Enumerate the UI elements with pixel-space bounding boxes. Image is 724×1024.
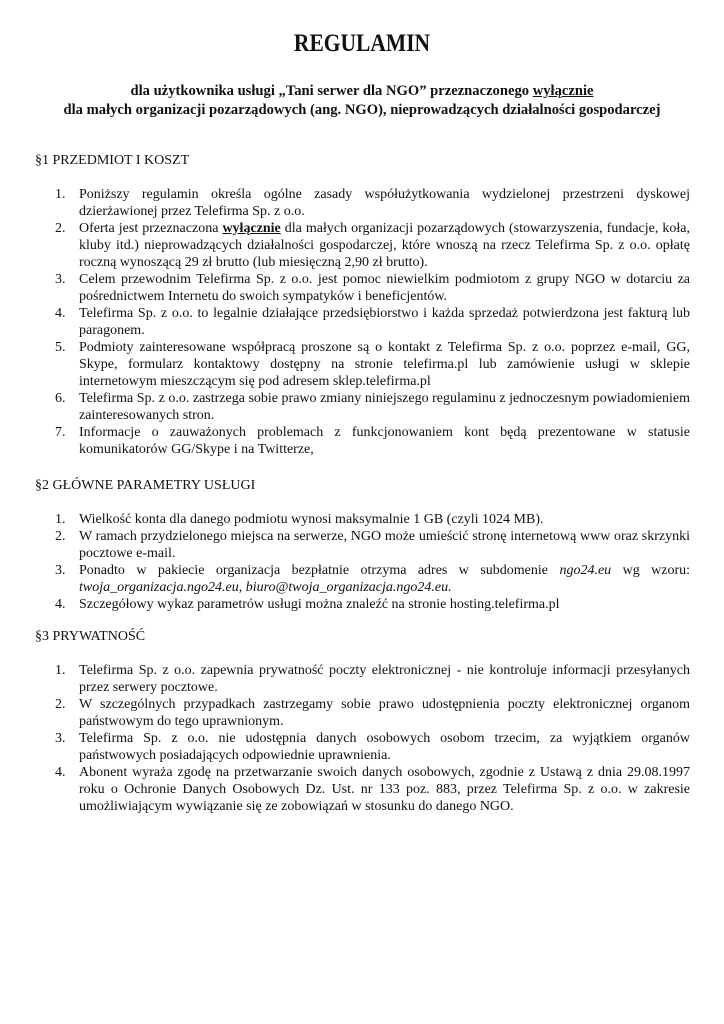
list-item: 1.Wielkość konta dla danego podmiotu wyn…	[55, 511, 690, 528]
item-text: Telefirma Sp. z o.o. nie udostępnia dany…	[79, 730, 690, 764]
list-item: 3.Telefirma Sp. z o.o. nie udostępnia da…	[55, 730, 690, 764]
list-item: 3.Ponadto w pakiecie organizacja bezpłat…	[55, 562, 690, 596]
item-text-part: Ponadto w pakiecie organizacja bezpłatni…	[79, 563, 559, 578]
document-page: REGULAMIN dla użytkownika usługi „Tani s…	[0, 0, 724, 1024]
item-number: 4.	[55, 596, 66, 613]
item-number: 5.	[55, 339, 66, 356]
item-number: 1.	[55, 662, 66, 679]
section-1-list: 1.Poniższy regulamin określa ogólne zasa…	[55, 186, 690, 458]
item-number: 3.	[55, 271, 66, 288]
document-title: REGULAMIN	[51, 30, 674, 58]
item-number: 3.	[55, 730, 66, 747]
item-text: Oferta jest przeznaczona wyłącznie dla m…	[79, 220, 690, 271]
item-text: W szczególnych przypadkach zastrzegamy s…	[79, 696, 690, 730]
document-subtitle: dla użytkownika usługi „Tani serwer dla …	[0, 82, 724, 120]
subtitle-line-2: dla małych organizacji pozarządowych (an…	[0, 101, 724, 120]
list-item: 7.Informacje o zauważonych problemach z …	[55, 424, 690, 458]
subtitle-emphasis: wyłącznie	[533, 83, 594, 99]
item-text: Szczegółowy wykaz parametrów usługi możn…	[79, 596, 690, 613]
section-2-heading: §2 GŁÓWNE PARAMETRY USŁUGI	[35, 477, 255, 494]
item-text-part: Oferta jest przeznaczona	[79, 221, 222, 236]
item-text: Informacje o zauważonych problemach z fu…	[79, 424, 690, 458]
item-text: Ponadto w pakiecie organizacja bezpłatni…	[79, 562, 690, 596]
address-example-text: twoja_organizacja.ngo24.eu, biuro@twoja_…	[79, 580, 452, 595]
list-item: 4.Telefirma Sp. z o.o. to legalnie dział…	[55, 305, 690, 339]
list-item: 4.Abonent wyraża zgodę na przetwarzanie …	[55, 764, 690, 815]
item-text-part: wg wzoru:	[611, 563, 690, 578]
item-number: 2.	[55, 528, 66, 545]
item-number: 1.	[55, 186, 66, 203]
list-item: 1.Telefirma Sp. z o.o. zapewnia prywatno…	[55, 662, 690, 696]
subtitle-line-1: dla użytkownika usługi „Tani serwer dla …	[0, 82, 724, 101]
section-1-heading: §1 PRZEDMIOT I KOSZT	[35, 152, 189, 169]
item-number: 3.	[55, 562, 66, 579]
item-number: 4.	[55, 305, 66, 322]
list-item: 2.Oferta jest przeznaczona wyłącznie dla…	[55, 220, 690, 271]
list-item: 2.W ramach przydzielonego miejsca na ser…	[55, 528, 690, 562]
list-item: 1.Poniższy regulamin określa ogólne zasa…	[55, 186, 690, 220]
list-item: 5.Podmioty zainteresowane współpracą pro…	[55, 339, 690, 390]
item-text: Abonent wyraża zgodę na przetwarzanie sw…	[79, 764, 690, 815]
section-2-list: 1.Wielkość konta dla danego podmiotu wyn…	[55, 511, 690, 613]
item-text: Poniższy regulamin określa ogólne zasady…	[79, 186, 690, 220]
subtitle-text: dla użytkownika usługi „Tani serwer dla …	[131, 83, 533, 99]
item-text: Wielkość konta dla danego podmiotu wynos…	[79, 511, 690, 528]
item-number: 7.	[55, 424, 66, 441]
item-number: 1.	[55, 511, 66, 528]
subdomain-text: ngo24.eu	[559, 563, 611, 578]
item-text: Celem przewodnim Telefirma Sp. z o.o. je…	[79, 271, 690, 305]
item-text: W ramach przydzielonego miejsca na serwe…	[79, 528, 690, 562]
list-item: 3.Celem przewodnim Telefirma Sp. z o.o. …	[55, 271, 690, 305]
item-text: Telefirma Sp. z o.o. to legalnie działaj…	[79, 305, 690, 339]
item-number: 6.	[55, 390, 66, 407]
list-item: 2.W szczególnych przypadkach zastrzegamy…	[55, 696, 690, 730]
section-3-heading: §3 PRYWATNOŚĆ	[35, 628, 145, 645]
list-item: 6.Telefirma Sp. z o.o. zastrzega sobie p…	[55, 390, 690, 424]
item-number: 4.	[55, 764, 66, 781]
item-emphasis: wyłącznie	[222, 221, 280, 236]
item-text: Telefirma Sp. z o.o. zapewnia prywatność…	[79, 662, 690, 696]
item-number: 2.	[55, 220, 66, 237]
item-text: Podmioty zainteresowane współpracą prosz…	[79, 339, 690, 390]
item-number: 2.	[55, 696, 66, 713]
list-item: 4.Szczegółowy wykaz parametrów usługi mo…	[55, 596, 690, 613]
item-text: Telefirma Sp. z o.o. zastrzega sobie pra…	[79, 390, 690, 424]
section-3-list: 1.Telefirma Sp. z o.o. zapewnia prywatno…	[55, 662, 690, 815]
